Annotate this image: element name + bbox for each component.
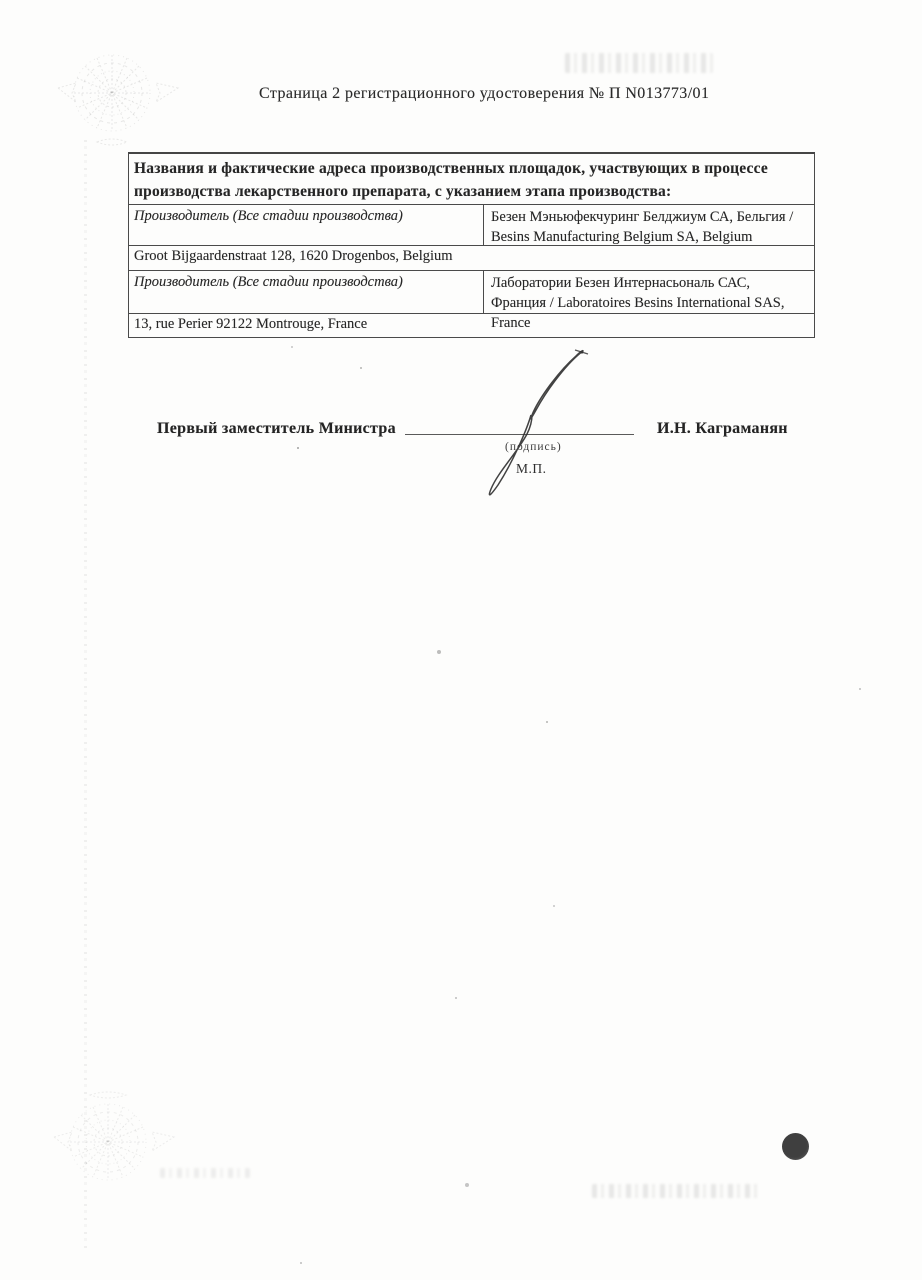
manufacturer-name-value: Лаборатории Безен Интернасьональ САС, Фр… [484, 271, 814, 313]
page-title: Страница 2 регистрационного удостоверени… [259, 85, 709, 103]
table-row-address: Groot Bijgaardenstraat 128, 1620 Drogenb… [129, 245, 814, 270]
scan-smudge-bottom-left [160, 1168, 250, 1178]
table-row: Производитель (Все стадии производства) … [129, 204, 814, 245]
rosette-watermark-bottom [48, 1083, 180, 1205]
seal-placeholder-label: М.П. [516, 461, 547, 477]
table-row-address: 13, rue Perier 92122 Montrouge, France [129, 313, 814, 337]
signatory-position-label: Первый заместитель Министра [157, 420, 396, 438]
manufacturer-stage-label: Производитель (Все стадии производства) [129, 205, 484, 245]
manufacturer-stage-label: Производитель (Все стадии производства) [129, 271, 484, 313]
scanned-certificate-page: Страница 2 регистрационного удостоверени… [0, 0, 922, 1280]
rosette-watermark-top [52, 36, 184, 154]
manufacturer-name-value: Безен Мэньюфекчуринг Белджиум СА, Бельги… [484, 205, 814, 245]
signatory-name: И.Н. Каграманян [657, 420, 788, 438]
table-row: Производитель (Все стадии производства) … [129, 270, 814, 313]
manufacturing-sites-table: Названия и фактические адреса производст… [128, 152, 815, 338]
scan-smudge-bottom-right [592, 1184, 760, 1198]
scan-smudge-top-right [565, 53, 713, 73]
scan-specks [297, 447, 299, 449]
table-title: Названия и фактические адреса производст… [129, 154, 814, 204]
signature-caption: (подпись) [505, 441, 562, 453]
handwritten-signature [468, 338, 602, 510]
scan-edge-band [84, 140, 87, 1248]
punch-hole-dot [782, 1133, 809, 1160]
